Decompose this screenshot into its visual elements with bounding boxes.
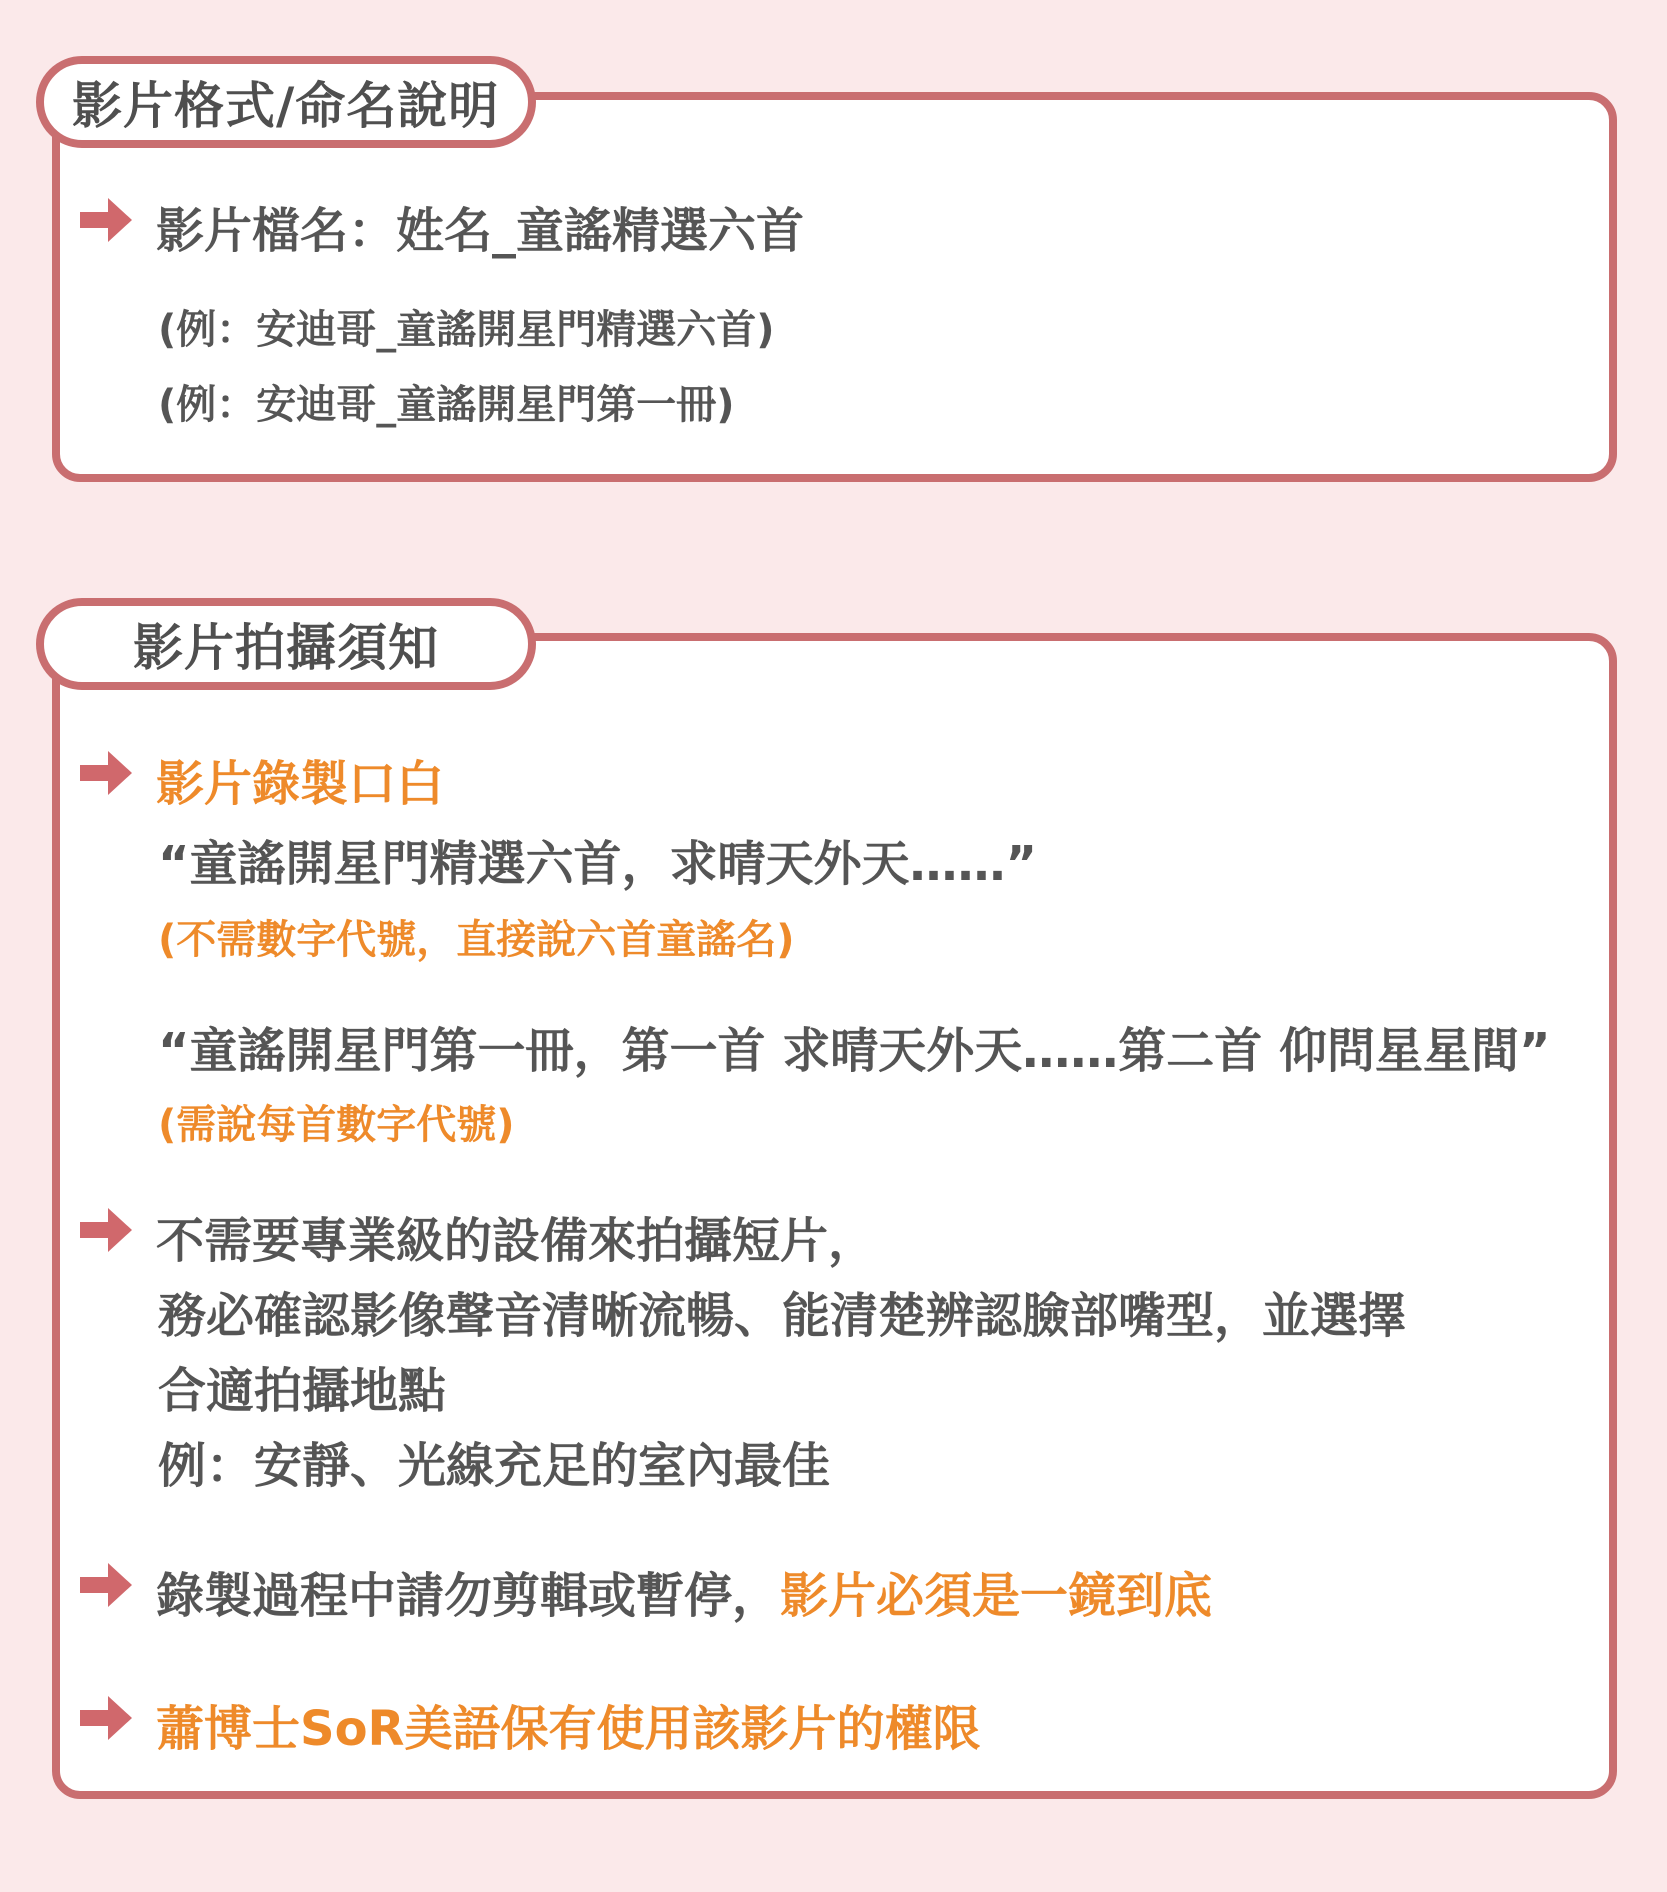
filming-notes-title-text: 影片拍攝須知 <box>133 608 439 680</box>
equipment-row: 不需要專業級的設備來拍攝短片， <box>80 1202 876 1271</box>
equipment-line-2: 務必確認影像聲音清晰流暢、能清楚辨認臉部嘴型，並選擇 <box>158 1277 1406 1346</box>
one-take-row: 錄製過程中請勿剪輯或暫停，影片必須是一鏡到底 <box>80 1557 1212 1626</box>
equipment-line-1: 不需要專業級的設備來拍攝短片， <box>156 1202 876 1271</box>
filename-rule-row: 影片檔名：姓名_童謠精選六首 <box>80 192 804 261</box>
one-take-text-orange: 影片必須是一鏡到底 <box>780 1557 1212 1626</box>
one-take-text-gray: 錄製過程中請勿剪輯或暫停， <box>156 1557 780 1626</box>
narration-script-b: “童謠開星門第一冊，第一首 求晴天外天……第二首 仰問星星間” <box>158 1012 1551 1081</box>
narration-heading: 影片錄製口白 <box>156 745 444 814</box>
equipment-line-3: 合適拍攝地點 <box>158 1352 446 1421</box>
filename-rule-text: 影片檔名：姓名_童謠精選六首 <box>156 192 804 261</box>
example-2: (例：安迪哥_童謠開星門第一冊) <box>158 373 735 430</box>
naming-rules-title-text: 影片格式/命名說明 <box>72 66 499 138</box>
naming-rules-title: 影片格式/命名說明 <box>36 56 536 148</box>
example-1: (例：安迪哥_童謠開星門精選六首) <box>158 298 775 355</box>
equipment-line-4: 例：安靜、光線充足的室內最佳 <box>158 1427 830 1496</box>
arrow-right-icon <box>80 198 132 242</box>
narration-note-a: (不需數字代號，直接說六首童謠名) <box>158 908 795 965</box>
narration-heading-row: 影片錄製口白 <box>80 745 444 814</box>
arrow-right-icon <box>80 1208 132 1252</box>
filming-notes-title: 影片拍攝須知 <box>36 598 536 690</box>
arrow-right-icon <box>80 751 132 795</box>
narration-script-a: “童謠開星門精選六首，求晴天外天……” <box>158 825 1037 894</box>
rights-row: 蕭博士SoR美語保有使用該影片的權限 <box>80 1690 981 1759</box>
narration-note-b: (需說每首數字代號) <box>158 1093 515 1150</box>
rights-text: 蕭博士SoR美語保有使用該影片的權限 <box>156 1690 981 1759</box>
arrow-right-icon <box>80 1563 132 1607</box>
arrow-right-icon <box>80 1696 132 1740</box>
